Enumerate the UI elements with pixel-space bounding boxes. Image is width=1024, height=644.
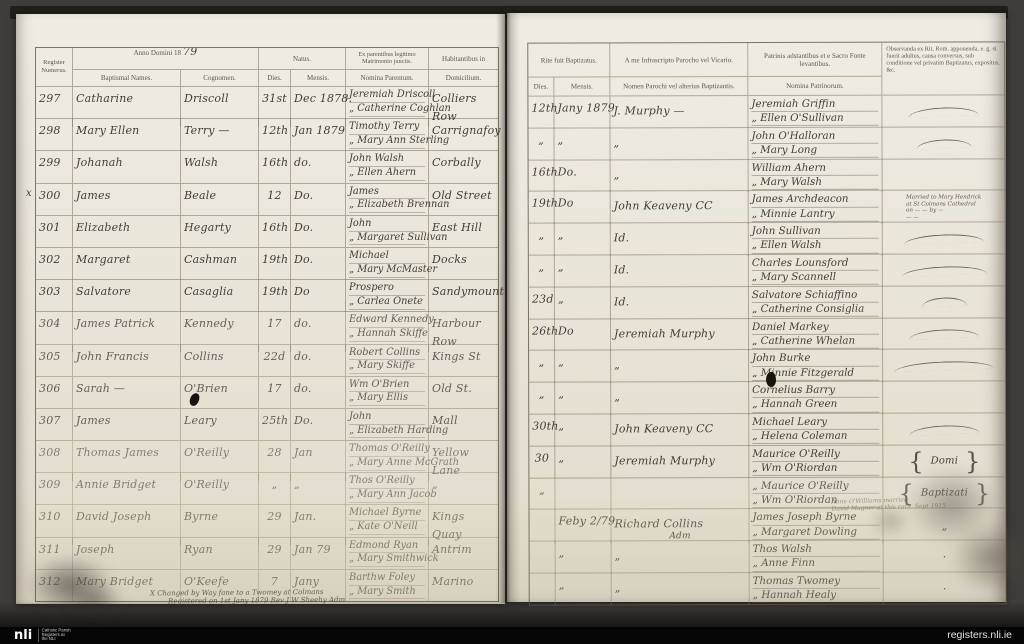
priest-title: Adm xyxy=(615,531,746,541)
observanda-cell xyxy=(883,382,1005,415)
header-register-number: Register Numerus. xyxy=(36,48,73,86)
baptismal-name-cell: Elizabeth xyxy=(73,216,181,248)
book-bottom-shadow xyxy=(0,602,1024,628)
birth-day: 7 xyxy=(271,575,278,588)
sponsor-2: „ Ellen O'Sullivan xyxy=(751,112,878,127)
sponsor-1: James Joseph Byrne xyxy=(752,511,879,526)
entry-number-cell: 305 xyxy=(36,345,73,377)
baptism-day: 30 xyxy=(535,451,549,464)
surname: Cashman xyxy=(184,253,237,266)
domicile-cell: Sandymount xyxy=(429,280,498,312)
priest-name: „ xyxy=(614,359,620,372)
priest-name: Jeremiah Murphy xyxy=(614,327,715,340)
birth-month: Do xyxy=(294,285,310,298)
surname-cell: O'Reilly xyxy=(181,473,259,505)
parent-father: Prospero xyxy=(349,282,425,296)
sponsors-cell: John Sullivan„ Ellen Walsh xyxy=(749,223,883,256)
domicile: Sandymount xyxy=(432,285,504,298)
domicile-cell: Old St. xyxy=(429,377,498,409)
register-row-right: „„Thomas Twomey„ Hannah Healy· xyxy=(530,572,1006,604)
priest-name: J. Murphy — xyxy=(613,104,684,117)
domicile-cell: Carrignafoy xyxy=(429,119,498,151)
parent-father: Edmond Ryan xyxy=(349,540,425,554)
priest-name: Id. xyxy=(614,232,630,245)
observanda-cell xyxy=(883,159,1005,192)
parent-mother: „ Mary Anne McGrath xyxy=(349,457,425,471)
flourish-dash xyxy=(921,297,966,308)
left-register-table: Register Numerus. Anno Domini 18 79 Natu… xyxy=(35,47,499,602)
birth-day-cell: 25th xyxy=(259,409,291,441)
register-row-left: 306Sarah —O'Brien17do.Wm O'Brien„ Mary E… xyxy=(36,377,498,409)
header-mensis: Mensis. xyxy=(291,70,346,86)
register-row-left: 302MargaretCashman19thDo.Michael„ Mary M… xyxy=(36,248,498,280)
baptism-month: Do. xyxy=(558,165,577,178)
birth-month: Jan. xyxy=(294,510,316,523)
observanda-cell xyxy=(883,318,1005,351)
sponsor-2: „ Catherine Whelan xyxy=(752,334,879,349)
parent-father: Wm O'Brien xyxy=(349,379,425,393)
register-scan-viewport: Register Numerus. Anno Domini 18 79 Natu… xyxy=(0,0,1024,644)
baptism-day-cell: „ xyxy=(529,256,555,288)
header-baptismal-name: Baptismal Names. xyxy=(73,70,181,86)
baptism-month: „ xyxy=(559,578,565,591)
surname: Casaglia xyxy=(184,285,233,298)
baptismal-name-cell: Johanah xyxy=(73,151,181,183)
priest-name: Jeremiah Murphy xyxy=(614,454,715,467)
register-row-left: x300JamesBeale12Do.James„ Elizabeth Bren… xyxy=(36,184,498,216)
sponsor-1: „ Maurice O'Reilly xyxy=(752,479,879,494)
domicile-cell: Mall xyxy=(429,409,498,441)
header-habitantibus: Habitantibus in xyxy=(429,48,498,70)
birth-day-cell: 12 xyxy=(259,184,291,216)
baptism-day-cell: „ xyxy=(529,224,555,256)
register-row-right: 19thDoJohn Keaveny CCJames Archdeacon„ M… xyxy=(529,191,1005,224)
parent-father: Thos O'Reilly xyxy=(349,475,425,489)
sponsor-1: John Burke xyxy=(752,352,879,367)
parents-cell: John„ Margaret Sullivan xyxy=(346,216,429,248)
baptismal-name-cell: Sarah — xyxy=(73,377,181,409)
parents-cell: Edmond Ryan„ Mary Smithwick xyxy=(346,538,429,570)
priest-name: John Keaveny CC xyxy=(614,422,713,435)
priest-name: „ xyxy=(614,168,620,181)
birth-month-cell: Jan 79 xyxy=(291,538,346,570)
sponsor-1: John Sullivan xyxy=(752,225,879,240)
birth-day: „ xyxy=(272,478,278,491)
birth-month-cell: Do. xyxy=(291,184,346,216)
footer-bar: nli Catholic Parish Registers at the NLI… xyxy=(0,627,1024,644)
entry-number: 304 xyxy=(39,317,61,330)
parent-mother: „ Mary Ann Sterling xyxy=(349,135,425,149)
surname-cell: Beale xyxy=(181,184,259,216)
birth-day: 16th xyxy=(262,221,288,234)
surname-cell: Terry — xyxy=(181,119,259,151)
priest-cell: „ xyxy=(610,128,748,161)
baptismal-name: Salvatore xyxy=(76,285,131,298)
sponsor-2: „ Catherine Consiglia xyxy=(752,303,879,318)
birth-month-cell: Jan 1879 xyxy=(291,119,346,151)
birth-day-cell: 16th xyxy=(259,151,291,183)
priest-cell: Jeremiah Murphy xyxy=(611,446,749,479)
left-page-footnote: X Changed by Way fane to a Twomey at Col… xyxy=(150,587,490,606)
sponsor-2: „ Mary Long xyxy=(752,144,879,159)
register-row-right: „„„John O'Halloran„ Mary Long xyxy=(528,127,1004,160)
observanda-cell xyxy=(883,413,1005,446)
sponsor-2: „ Mary Scannell xyxy=(752,271,879,286)
priest-cell: Id. xyxy=(611,287,749,320)
baptism-month-cell: „ xyxy=(555,383,611,416)
birth-month: „ xyxy=(294,478,300,491)
birth-month-cell: do. xyxy=(291,345,346,377)
baptismal-name-cell: Annie Bridget xyxy=(73,473,181,505)
entry-number: 301 xyxy=(39,221,61,234)
entry-number-cell: 298 xyxy=(36,119,73,151)
birth-day: 31st xyxy=(262,92,287,105)
priest-cell: John Keaveny CC xyxy=(611,191,749,224)
flourish-dash xyxy=(908,106,978,118)
register-row-left: 308Thomas JamesO'Reilly28JanThomas O'Rei… xyxy=(36,441,498,473)
register-row-right: „„Thos Walsh„ Anne Finn· xyxy=(530,541,1006,574)
surname-cell: Ryan xyxy=(181,538,259,570)
parent-mother: „ Mary Skiffe xyxy=(349,360,425,374)
register-row-left: 301ElizabethHegarty16thDo.John„ Margaret… xyxy=(36,216,498,248)
baptism-day-cell xyxy=(530,574,556,606)
domicile-cell: Kings St xyxy=(429,345,498,377)
priest-name: John Keaveny CC xyxy=(614,200,713,213)
birth-month-cell: do. xyxy=(291,151,346,183)
sponsor-1: James Archdeacon xyxy=(752,193,879,208)
surname-cell: Collins xyxy=(181,345,259,377)
birth-day-cell: „ xyxy=(259,473,291,505)
observanda-cell xyxy=(882,127,1004,160)
parent-mother: „ Elizabeth Harding xyxy=(349,425,425,439)
baptism-month: „ xyxy=(558,420,564,433)
birth-day-cell: 19th xyxy=(259,248,291,280)
parent-father: Jeremiah Driscoll xyxy=(349,89,425,103)
birth-month-cell: Do. xyxy=(291,216,346,248)
priest-name: Richard Collins xyxy=(615,518,704,531)
register-row-left: 303SalvatoreCasaglia19thDoProspero„ Carl… xyxy=(36,280,498,312)
note-ditto: · xyxy=(943,550,947,563)
surname: Terry — xyxy=(184,124,230,137)
birth-day: 17 xyxy=(267,317,281,330)
register-row-left: 305John FrancisCollins22ddo.Robert Colli… xyxy=(36,345,498,377)
baptism-day-cell: „ xyxy=(528,128,554,160)
birth-month-cell: Do. xyxy=(291,409,346,441)
domicile-cell: Corbally xyxy=(429,151,498,183)
header-register-line2: Numerus. xyxy=(41,67,66,75)
register-row-right: 26thDoJeremiah MurphyDaniel Markey„ Cath… xyxy=(529,318,1005,351)
birth-day-cell: 12th xyxy=(259,119,291,151)
priest-cell: John Keaveny CC xyxy=(611,414,749,447)
sponsor-1: Thos Walsh xyxy=(753,543,880,558)
birth-day: 29 xyxy=(267,510,281,523)
baptism-month-cell xyxy=(555,478,611,511)
priest-name: Id. xyxy=(614,263,630,276)
baptism-month-cell: „ xyxy=(555,414,611,447)
surname: O'Keefe xyxy=(184,575,229,588)
domicile-cell: Old Street xyxy=(429,184,498,216)
baptismal-name: Elizabeth xyxy=(76,221,130,234)
sponsor-2: „ Anne Finn xyxy=(753,557,880,572)
domicile: Carrignafoy xyxy=(432,124,501,137)
baptism-day-cell: 19th xyxy=(529,192,555,224)
entry-number-cell: 301 xyxy=(36,216,73,248)
left-table-header: Register Numerus. Anno Domini 18 79 Natu… xyxy=(36,48,498,87)
priest-cell: Id. xyxy=(611,223,749,256)
baptism-day: 23d xyxy=(532,292,554,305)
baptismal-name: Annie Bridget xyxy=(76,478,156,491)
entry-number: 309 xyxy=(39,478,61,491)
priest-cell: „ xyxy=(612,541,750,574)
parent-father: John xyxy=(349,218,425,232)
register-row-right: „„Id.John Sullivan„ Ellen Walsh xyxy=(529,223,1005,256)
note-ditto: · xyxy=(943,582,947,595)
flourish-dash xyxy=(894,360,994,373)
birth-month: Jan 79 xyxy=(294,543,331,556)
register-row-left: 309Annie BridgetO'Reilly„„Thos O'Reilly„… xyxy=(36,473,498,505)
left-table-rows: 297CatharineDriscoll31stDec 1878.Jeremia… xyxy=(36,87,498,601)
birth-day: 12th xyxy=(262,124,288,137)
register-row-left: 304James PatrickKennedy17do.Edward Kenne… xyxy=(36,312,498,344)
domicile: „ xyxy=(432,478,438,491)
surname: Collins xyxy=(184,350,224,363)
sponsors-cell: Charles Lounsford„ Mary Scannell xyxy=(749,255,883,288)
register-row-left: 307JamesLeary25thDo.John„ Elizabeth Hard… xyxy=(36,409,498,441)
parent-mother: „ Mary Smithwick xyxy=(349,553,425,567)
header-bapt-dies: Dies. xyxy=(528,78,554,96)
baptism-day-cell: „ xyxy=(529,383,555,415)
baptismal-name: Thomas James xyxy=(76,446,159,459)
baptism-day-cell: 23d xyxy=(529,287,555,319)
domicile: Corbally xyxy=(432,156,481,169)
baptismal-name: James xyxy=(76,189,111,202)
baptism-day: „ xyxy=(539,483,545,496)
header-dies: Dies. xyxy=(259,70,291,86)
entry-number: 310 xyxy=(39,510,61,523)
surname: Leary xyxy=(184,414,217,427)
brace-open-glyph: { xyxy=(908,450,923,474)
parent-father: Michael xyxy=(349,250,425,264)
domicile-cell: Docks xyxy=(429,248,498,280)
baptism-month: Do xyxy=(558,197,574,210)
header-parents-group: Ex parentibus legitimo Matrimonio juncti… xyxy=(346,48,429,70)
parents-cell: Thos O'Reilly„ Mary Ann Jacob xyxy=(346,473,429,505)
domicile: Mall xyxy=(432,414,458,427)
birth-month: Do. xyxy=(294,253,313,266)
parents-cell: Wm O'Brien„ Mary Ellis xyxy=(346,377,429,409)
baptism-month-cell: Jany 1879 xyxy=(554,96,610,129)
birth-day: 16th xyxy=(262,156,288,169)
parents-cell: Michael„ Mary McMaster xyxy=(346,248,429,280)
domicile: Kings St xyxy=(432,350,481,363)
anno-printed: Anno Domini 18 xyxy=(134,49,181,57)
surname-cell: Walsh xyxy=(181,151,259,183)
sponsors-cell: James Joseph Byrne„ Margaret Dowling xyxy=(749,509,883,543)
baptism-month-cell: „ xyxy=(555,224,611,257)
priest-cell: J. Murphy — xyxy=(610,96,748,129)
entry-number-cell: 299 xyxy=(36,151,73,183)
header-domicilium: Domicilium. xyxy=(429,70,498,86)
domicile-cell: „ xyxy=(429,473,498,505)
baptism-month-cell: Feby 2/79 xyxy=(555,510,611,544)
flourish-dash xyxy=(904,233,984,245)
domicile: Antrim xyxy=(432,543,472,556)
margin-x-mark: x xyxy=(26,188,32,199)
header-nomina-parentum: Nomina Parentum. xyxy=(346,70,429,86)
priest-name: „ xyxy=(615,550,621,563)
parent-mother: „ Catherine Coghlan xyxy=(349,103,425,117)
parents-cell: John Walsh„ Ellen Ahern xyxy=(346,151,429,183)
sponsors-cell: Jeremiah Griffin„ Ellen O'Sullivan xyxy=(748,96,882,129)
header-register-line1: Register xyxy=(43,59,65,67)
observanda-cell xyxy=(882,95,1004,128)
header-bapt-mensis: Mensis. xyxy=(554,77,610,95)
sponsor-1: John O'Halloran xyxy=(751,130,878,145)
header-priest-group: A me Infrascripto Parocho vel Vicario. xyxy=(610,43,748,77)
birth-day: 19th xyxy=(262,285,288,298)
priest-cell: Id. xyxy=(611,255,749,288)
baptismal-name-cell: Salvatore xyxy=(73,280,181,312)
birth-day: 25th xyxy=(262,414,288,427)
baptismal-name: Johanah xyxy=(76,156,123,169)
baptism-month-cell: „ xyxy=(554,128,610,161)
anno-year-handwritten: 79 xyxy=(183,48,197,56)
header-priest-sub: Nomen Parochi vel alterius Baptizantis. xyxy=(610,77,748,95)
birth-month-cell: Do xyxy=(291,280,346,312)
entry-number-cell: 309 xyxy=(36,473,73,505)
sponsors-cell: James Archdeacon„ Minnie Lantry xyxy=(749,191,883,224)
entry-number: 299 xyxy=(39,156,61,169)
note-annotation-line: — — xyxy=(906,214,981,221)
register-row-right: „„Id.Charles Lounsford„ Mary Scannell xyxy=(529,254,1005,287)
baptism-month-cell: „ xyxy=(555,351,611,384)
register-row-left: 298Mary EllenTerry —12thJan 1879Timothy … xyxy=(36,119,498,151)
sponsor-1: Thomas Twomey xyxy=(753,575,880,590)
birth-day: 28 xyxy=(267,446,281,459)
birth-month: Do. xyxy=(294,414,313,427)
birth-day: 12 xyxy=(267,189,281,202)
surname: O'Brien xyxy=(184,382,228,395)
surname-cell: Hegarty xyxy=(181,216,259,248)
baptism-month: „ xyxy=(558,388,564,401)
sponsors-cell: Maurice O'Reilly„ Wm O'Riordan xyxy=(749,445,883,478)
birth-day-cell: 16th xyxy=(259,216,291,248)
entry-number-cell: x300 xyxy=(36,184,73,216)
entry-number-cell: 302 xyxy=(36,248,73,280)
parents-cell: Prospero„ Carlea Onete xyxy=(346,280,429,312)
parent-mother: „ Mary Ellis xyxy=(349,392,425,406)
sponsors-cell: William Ahern„ Mary Walsh xyxy=(749,159,883,192)
note-annotation-line: Married to Mary Hendrick xyxy=(906,195,981,202)
smudge-stain xyxy=(65,585,125,615)
observanda-cell: Married to Mary Hendrickat St Colmans Ca… xyxy=(883,191,1005,224)
parents-cell: Timothy Terry„ Mary Ann Sterling xyxy=(346,119,429,151)
baptism-month: „ xyxy=(558,229,564,242)
domicile: Old Street xyxy=(432,189,492,202)
sponsors-cell: John O'Halloran„ Mary Long xyxy=(748,127,882,160)
nli-logo: nli xyxy=(14,629,32,642)
sponsor-1: Jeremiah Griffin xyxy=(751,98,878,113)
domicile: East Hill xyxy=(432,221,482,234)
birth-month-cell: „ xyxy=(291,473,346,505)
surname: Walsh xyxy=(184,156,218,169)
register-row-right: „„„Cornelius Barry„ Hannah Green xyxy=(529,382,1005,415)
sponsor-2: „ Hannah Green xyxy=(752,398,879,413)
surname: Hegarty xyxy=(184,221,231,234)
birth-day: 17 xyxy=(267,382,281,395)
surname: Byrne xyxy=(184,510,218,523)
sponsor-2: „ Margaret Dowling xyxy=(753,525,880,540)
birth-month: Jan 1879 xyxy=(294,124,345,137)
domicile-cell: East Hill xyxy=(429,216,498,248)
baptism-day: „ xyxy=(539,356,545,369)
surname: O'Reilly xyxy=(184,478,229,491)
birth-month: Jan xyxy=(294,446,313,459)
parent-father: Barthw Foley xyxy=(349,572,425,586)
sponsor-2: „ Minnie Lantry xyxy=(752,207,879,222)
sponsors-cell: Michael Leary„ Helena Coleman xyxy=(749,414,883,447)
baptismal-name-cell: John Francis xyxy=(73,345,181,377)
birth-month: do. xyxy=(294,382,312,395)
parent-father: James xyxy=(349,186,425,200)
header-observanda: Observanda ex Rit. Rom. apponenda, e. g.… xyxy=(882,42,1004,94)
baptism-month-cell: Do. xyxy=(555,160,611,193)
baptism-month: „ xyxy=(558,292,564,305)
parent-mother: „ Mary Ann Jacob xyxy=(349,489,425,503)
flourish-dash xyxy=(909,329,979,341)
header-natus: Natus. xyxy=(259,48,346,70)
header-rite-baptizatus: Rite fuit Baptizatus. xyxy=(528,43,610,77)
priest-cell: „ xyxy=(612,573,750,606)
baptismal-name-cell: Margaret xyxy=(73,248,181,280)
baptismal-name-cell: James xyxy=(73,184,181,216)
baptism-day: „ xyxy=(538,229,544,242)
parent-mother: „ Elizabeth Brennan xyxy=(349,199,425,213)
priest-cell: „ xyxy=(611,160,749,193)
parent-mother: „ Mary McMaster xyxy=(349,264,425,278)
surname-cell: Leary xyxy=(181,409,259,441)
parents-cell: Robert Collins„ Mary Skiffe xyxy=(346,345,429,377)
sponsor-2: „ Ellen Walsh xyxy=(752,239,879,254)
baptism-day-cell: „ xyxy=(529,351,555,383)
priest-cell: Jeremiah Murphy xyxy=(611,319,749,352)
parent-father: John Walsh xyxy=(349,153,425,167)
right-table-header: Rite fuit Baptizatus. A me Infrascripto … xyxy=(528,42,1004,96)
priest-name: Id. xyxy=(614,295,630,308)
surname-cell: Casaglia xyxy=(181,280,259,312)
parents-cell: John„ Elizabeth Harding xyxy=(346,409,429,441)
sponsor-1: Maurice O'Reilly xyxy=(752,447,879,462)
baptism-day-cell: 30 xyxy=(529,446,555,478)
sponsor-2: „ Wm O'Riordan xyxy=(752,462,879,477)
surname: Ryan xyxy=(184,543,213,556)
parent-mother: „ Carlea Onete xyxy=(349,296,425,310)
parent-mother: „ Kate O'Neill xyxy=(349,521,425,535)
birth-day-cell: 29 xyxy=(259,538,291,570)
sponsor-2: „ Hannah Healy xyxy=(753,589,880,604)
header-sponsors-group: Patrinis adstantibus et e Sacro Fonte le… xyxy=(748,43,882,77)
register-row-left: 297CatharineDriscoll31stDec 1878.Jeremia… xyxy=(36,87,498,119)
baptismal-name-cell: Mary Ellen xyxy=(73,119,181,151)
baptism-month-cell: „ xyxy=(556,542,612,575)
birth-month: Dec 1878. xyxy=(294,92,352,105)
birth-day-cell: 19th xyxy=(259,280,291,312)
flourish-dash xyxy=(916,138,971,149)
entry-number-cell: 307 xyxy=(36,409,73,441)
birth-month: Jany xyxy=(294,575,319,588)
baptismal-name: Catharine xyxy=(76,92,133,105)
note-annotation: Married to Mary Hendrickat St Colmans Ca… xyxy=(906,193,981,221)
